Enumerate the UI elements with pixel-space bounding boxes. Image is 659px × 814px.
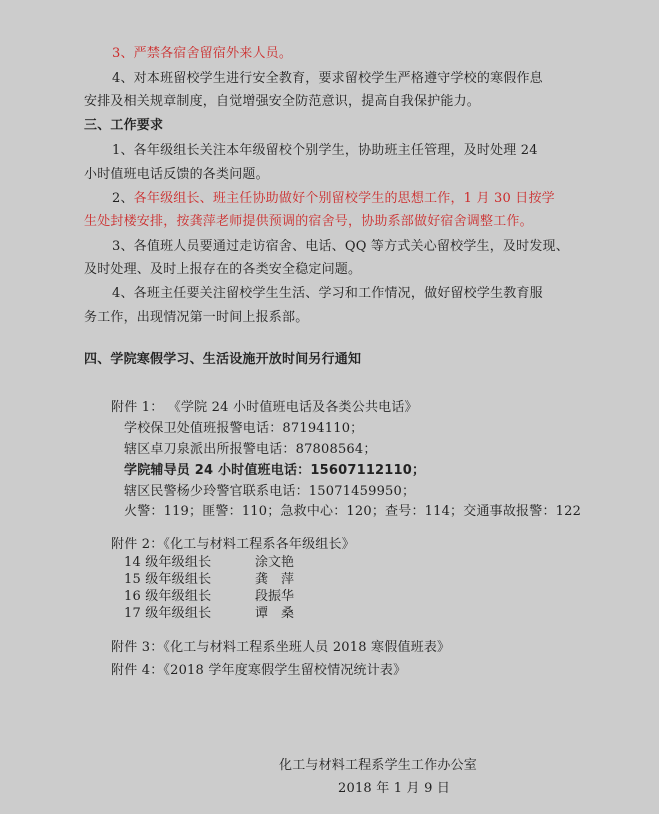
leader-grade: 17 级年级组长 bbox=[124, 605, 211, 623]
requirement-4-line1: 4、各班主任要关注留校学生生活、学习和工作情况，做好留校学生教育服 bbox=[112, 285, 543, 303]
leader-name: 涂文艳 bbox=[255, 554, 294, 572]
phone-security: 学校保卫处值班报警电话：87194110； bbox=[124, 420, 363, 438]
signature-date: 2018 年 1 月 9 日 bbox=[338, 780, 450, 798]
phone-officer-yang: 辖区民警杨少玲警官联系电话：15071459950； bbox=[124, 483, 415, 501]
phone-emergency-numbers: 火警：119；匪警：110；急救中心：120；查号：114；交通事故报警：122 bbox=[124, 503, 581, 521]
leader-grade: 15 级年级组长 bbox=[124, 571, 211, 589]
requirement-1-line1: 1、各年级组长关注本年级留校个别学生，协助班主任管理，及时处理 24 bbox=[112, 142, 538, 160]
phone-counselor-hotline: 学院辅导员 24 小时值班电话：15607112110； bbox=[124, 462, 425, 480]
requirement-4-line2: 务工作，出现情况第一时间上报系部。 bbox=[84, 309, 308, 327]
requirement-2-line2: 生处封楼安排，按龚萍老师提供预调的宿舍号，协助系部做好宿舍调整工作。 bbox=[84, 213, 533, 231]
leader-name: 龚 萍 bbox=[255, 571, 294, 589]
rule-item-4-line2: 安排及相关规章制度，自觉增强安全防范意识，提高自我保护能力。 bbox=[84, 93, 480, 111]
leader-grade: 16 级年级组长 bbox=[124, 588, 211, 606]
attachment-4-title: 附件 4：《2018 学年度寒假学生留校情况统计表》 bbox=[111, 662, 406, 680]
requirement-2-number: 2、 bbox=[112, 191, 134, 206]
attachment-2-title: 附件 2：《化工与材料工程系各年级组长》 bbox=[111, 536, 355, 554]
section-4-heading: 四、学院寒假学习、生活设施开放时间另行通知 bbox=[84, 351, 361, 369]
section-3-heading: 三、工作要求 bbox=[84, 117, 163, 135]
requirement-3-line1: 3、各值班人员要通过走访宿舍、电话、QQ 等方式关心留校学生，及时发现、 bbox=[112, 238, 569, 256]
leader-grade: 14 级年级组长 bbox=[124, 554, 211, 572]
attachment-3-title: 附件 3：《化工与材料工程系坐班人员 2018 寒假值班表》 bbox=[111, 639, 450, 657]
requirement-2-line1: 2、各年级组长、班主任协助做好个别留校学生的思想工作，1 月 30 日按学 bbox=[112, 190, 555, 208]
phone-police-station: 辖区卓刀泉派出所报警电话：87808564； bbox=[124, 441, 377, 459]
attachment-1-title: 附件 1： 《学院 24 小时值班电话及各类公共电话》 bbox=[111, 399, 418, 417]
signature-office: 化工与材料工程系学生工作办公室 bbox=[279, 757, 477, 775]
requirement-1-line2: 小时值班电话反馈的各类问题。 bbox=[84, 166, 269, 184]
leader-name: 段振华 bbox=[255, 588, 294, 606]
requirement-2-text: 各年级组长、班主任协助做好个别留校学生的思想工作，1 月 30 日按学 bbox=[134, 191, 555, 206]
requirement-3-line2: 及时处理、及时上报存在的各类安全稳定问题。 bbox=[84, 261, 361, 279]
leader-name: 谭 桑 bbox=[255, 605, 294, 623]
rule-item-4-line1: 4、对本班留校学生进行安全教育，要求留校学生严格遵守学校的寒假作息 bbox=[112, 70, 543, 88]
rule-item-3: 3、严禁各宿舍留宿外来人员。 bbox=[112, 45, 292, 63]
